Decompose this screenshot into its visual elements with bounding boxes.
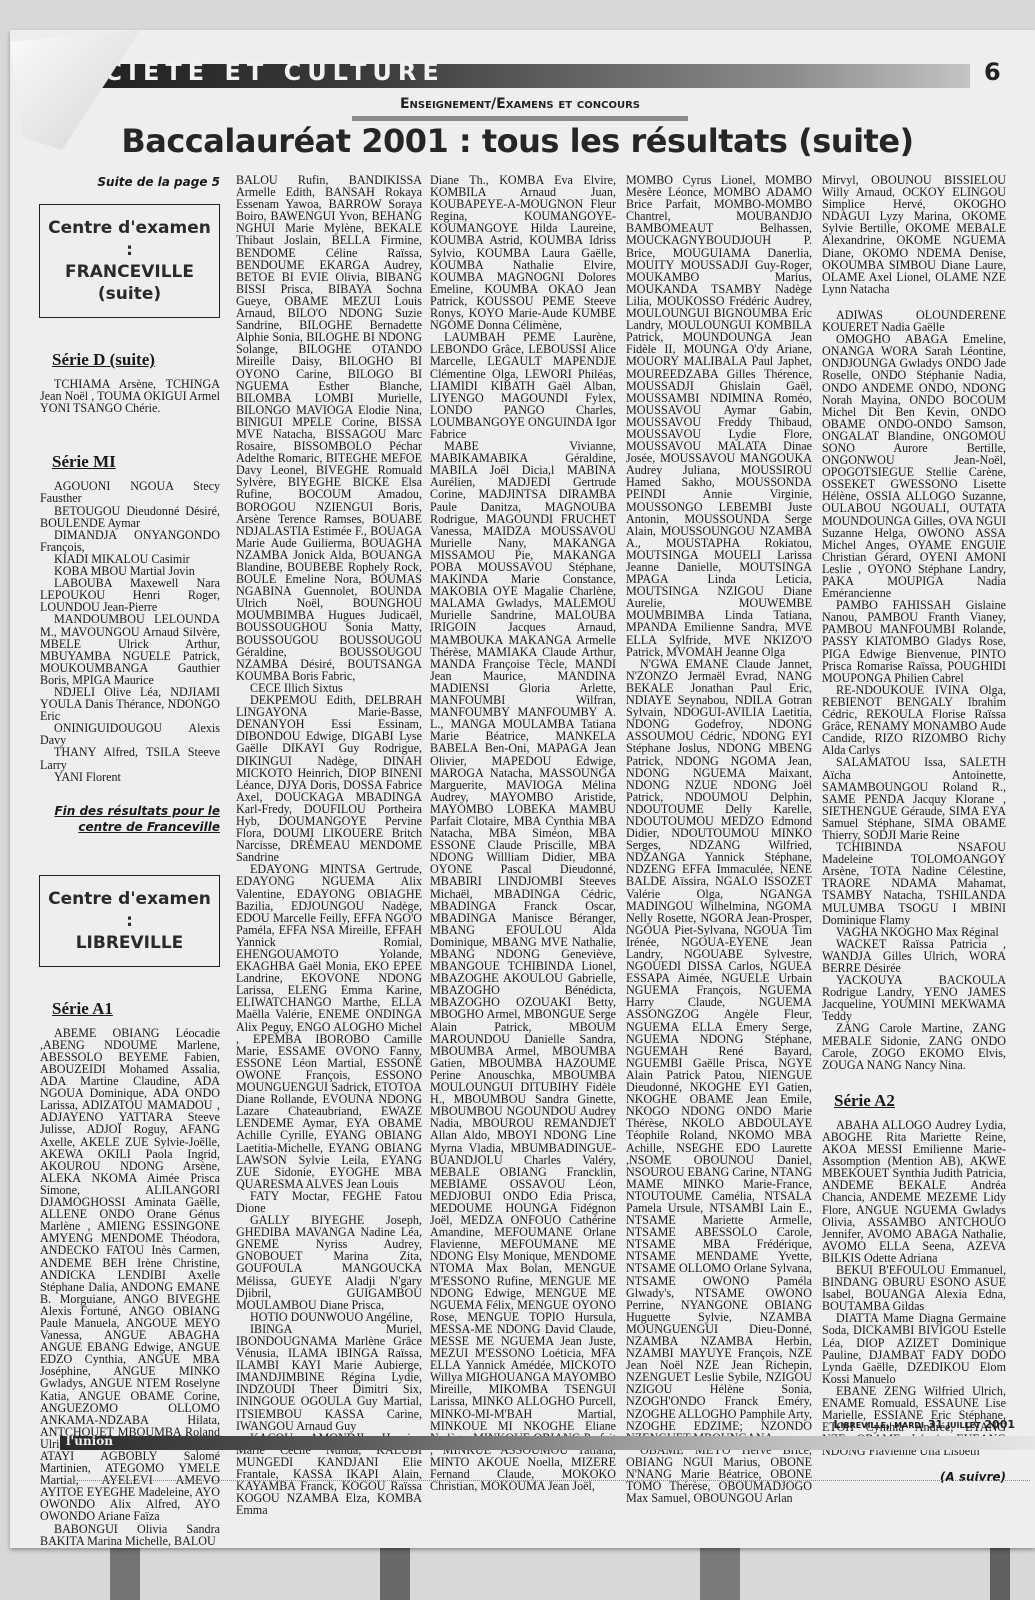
name-paragraph: WACKET Raïssa Patricia , WANDJA Gilles U…	[822, 938, 1006, 974]
newspaper-logo: l'union	[66, 1434, 113, 1448]
name-paragraph: RE-NDOUKOUE IVINA Olga, REBIENOT BENGALY…	[822, 684, 1006, 757]
column-2: BALOU Rufin, BANDIKISSA Armelle Edith, B…	[236, 174, 422, 1516]
name-paragraph: MOMBO Cyrus Lionel, MOMBO Mesère Léonce,…	[626, 174, 812, 658]
fold-dotted-line	[70, 1480, 1030, 1481]
name-paragraph: MABE Vivianne, MABIKAMABIKA Géraldine, M…	[430, 440, 616, 1492]
name-paragraph: DIATTA Mame Diagna Germaine Soda, DICKAM…	[822, 1312, 1006, 1385]
footer-banner	[60, 1436, 1035, 1450]
page-title: Baccalauréat 2001 : tous les résultats (…	[0, 122, 1035, 160]
centre-label: Centre d'examen :	[42, 217, 217, 261]
name-list-mi: AGOUONI NGOUA Stecy Fausther BETOUGOU Di…	[40, 480, 220, 782]
name-paragraph: OBAME MEYO Hervé Brice, OBIANG NGUI Mari…	[626, 1444, 812, 1504]
column-1: Suite de la page 5 Centre d'examen : FRA…	[40, 176, 220, 1547]
name-paragraph: BETOUGOU Dieudonné Désiré, BOULENDE Ayma…	[40, 505, 220, 529]
name-paragraph: ZANG Carole Martine, ZANG MEBALE Sidonie…	[822, 1022, 1006, 1070]
name-paragraph: BEKUI B'EFOULOU Emmanuel, BINDANG OBURU …	[822, 1264, 1006, 1312]
name-paragraph: ONINIGUIDOUGOU Alexis Davy	[40, 722, 220, 746]
name-paragraph: MANDOUMBOU LELOUNDA M., MAVOUNGOU Arnaud…	[40, 613, 220, 686]
section-rubric: OCIÉTÉ ET CULTURE	[78, 58, 445, 86]
name-paragraph: YANI Florent	[40, 771, 220, 783]
name-paragraph: DEKPEMOU Edith, DELBRAH LINGAYONA Marie-…	[236, 694, 422, 863]
name-paragraph: NDJELI Olive Léa, NDJIAMI YOULA Danis Th…	[40, 686, 220, 722]
name-paragraph: THANY Alfred, TSILA Steeve Larry	[40, 746, 220, 770]
kicker-heading: Enseignement/Examens et concours	[350, 96, 690, 112]
name-paragraph: YACKOUYA BACKOULA Rodrigue Landry, YENO …	[822, 974, 1006, 1022]
name-paragraph: N'GWA EMANE Claude Jannet, N'ZONZO Jerma…	[626, 658, 812, 1444]
end-note-franceville: Fin des résultats pour le centre de Fran…	[40, 803, 220, 835]
centre-city: LIBREVILLE	[42, 932, 217, 954]
page-number: 6	[984, 58, 1001, 86]
centre-city: FRANCEVILLE (suite)	[42, 261, 217, 305]
centre-box-franceville: Centre d'examen : FRANCEVILLE (suite)	[39, 204, 220, 318]
dateline: Libreville, mardi 31 juillet 2001	[834, 1418, 1015, 1431]
name-paragraph: TCHIBINDA NSAFOU Madeleine TOLOMOANGOY A…	[822, 841, 1006, 926]
name-paragraph: PAMBO FAHISSAH Gislaine Nanou, PAMBOU Fr…	[822, 599, 1006, 684]
kicker-rule	[352, 116, 688, 121]
name-paragraph: GALLY BIYEGHE Joseph, GHEDIBA MAVANGA Na…	[236, 1214, 422, 1311]
centre-box-libreville: Centre d'examen : LIBREVILLE	[39, 875, 220, 967]
continued-note: Suite de la page 5	[40, 176, 220, 188]
name-paragraph: BABONGUI Olivia Sandra BAKITA Marina Mic…	[40, 1523, 220, 1547]
name-paragraph: SALAMATOU Issa, SALETH Aïcha Antoinette,…	[822, 756, 1006, 841]
column-5: Mirvyl, OBOUNOU BISSIELOU Willy Arnaud, …	[822, 174, 1006, 1484]
to-be-continued-note: (A suivre)	[822, 1471, 1006, 1483]
centre-label: Centre d'examen :	[42, 888, 217, 932]
name-paragraph: AGOUONI NGOUA Stecy Fausther	[40, 480, 220, 504]
name-paragraph: EDAYONG MINTSA Gertrude, EDAYONG NGUEMA …	[236, 863, 422, 1190]
name-paragraph: ADIWAS OLOUNDERENE KOUERET Nadia Gaëlle	[822, 309, 1006, 333]
serie-heading: Série D (suite)	[52, 350, 220, 370]
column-3: Diane Th., KOMBA Eva Elvire, KOMBILA Arn…	[430, 174, 616, 1492]
name-paragraph: VAGHA NKOGHO Max Réginal	[822, 926, 1006, 938]
name-paragraph: LABOUBA Maxewell Nara LEPOUKOU Henri Rog…	[40, 577, 220, 613]
name-paragraph: ABAHA ALLOGO Audrey Lydia, ABOGHE Rita M…	[822, 1119, 1006, 1264]
name-paragraph: Mirvyl, OBOUNOU BISSIELOU Willy Arnaud, …	[822, 174, 1006, 295]
name-paragraph: OMOGHO ABAGA Emeline, ONANGA WORA Sarah …	[822, 333, 1006, 599]
serie-heading: Série MI	[52, 452, 220, 472]
column-4: MOMBO Cyrus Lionel, MOMBO Mesère Léonce,…	[626, 174, 812, 1504]
name-paragraph: DIMANDJA ONYANGONDO François,	[40, 529, 220, 553]
name-paragraph: IBINGA Muriel, IBONDOUGNAMA Marlène Grâc…	[236, 1323, 422, 1432]
name-paragraph: Diane Th., KOMBA Eva Elvire, KOMBILA Arn…	[430, 174, 616, 331]
name-paragraph: BALOU Rufin, BANDIKISSA Armelle Edith, B…	[236, 174, 422, 682]
serie-heading: Série A2	[834, 1091, 1006, 1111]
name-paragraph: FATY Moctar, FEGHE Fatou Dione	[236, 1190, 422, 1214]
serie-heading: Série A1	[52, 999, 220, 1019]
name-list: TCHIAMA Arsène, TCHINGA Jean Noël , TOUM…	[40, 378, 220, 414]
name-paragraph: LAUMBAH PEME Laurène, LEBONDO Grâce, LEB…	[430, 331, 616, 440]
